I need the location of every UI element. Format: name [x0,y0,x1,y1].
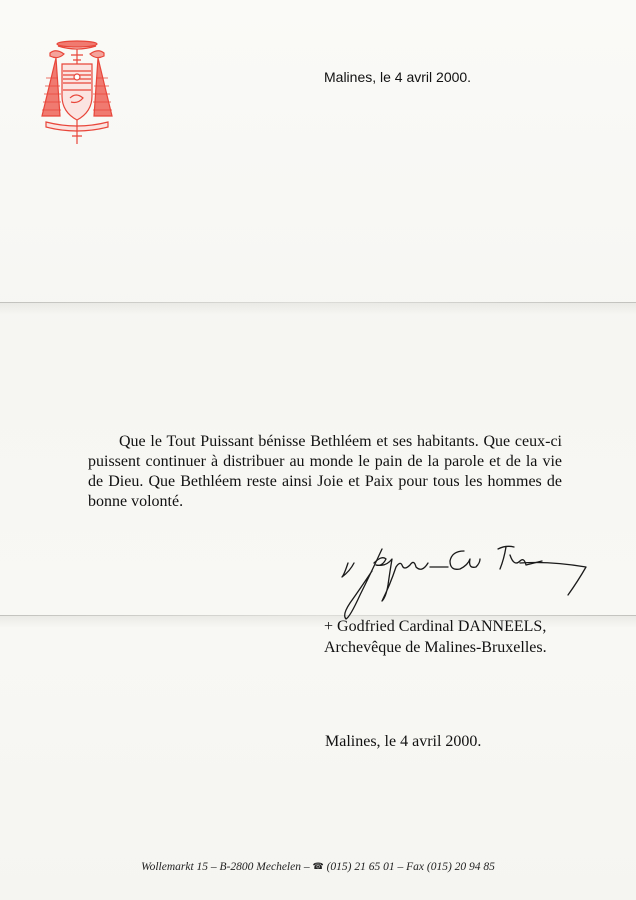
letterhead-footer: Wollemarkt 15 – B-2800 Mechelen – ☎ (015… [0,861,636,873]
signatory-block: + Godfried Cardinal DANNEELS, Archevêque… [324,616,547,658]
footer-phone-fax: (015) 21 65 01 – Fax (015) 20 94 85 [327,861,495,873]
letter-date-closing: Malines, le 4 avril 2000. [325,733,481,751]
signatory-name: + Godfried Cardinal DANNEELS, [324,616,547,637]
letter-body: Que le Tout Puissant bénisse Bethléem et… [88,432,562,512]
cardinal-coat-of-arms-icon [36,38,118,148]
letter-date-header: Malines, le 4 avril 2000. [324,69,471,85]
phone-icon: ☎ [312,861,323,871]
footer-address: Wollemarkt 15 – B-2800 Mechelen – [141,861,310,873]
signatory-title: Archevêque de Malines-Bruxelles. [324,637,547,658]
letter-paragraph: Que le Tout Puissant bénisse Bethléem et… [88,433,562,510]
paper-fold-shadow [0,303,636,315]
handwritten-signature-icon [330,545,590,625]
